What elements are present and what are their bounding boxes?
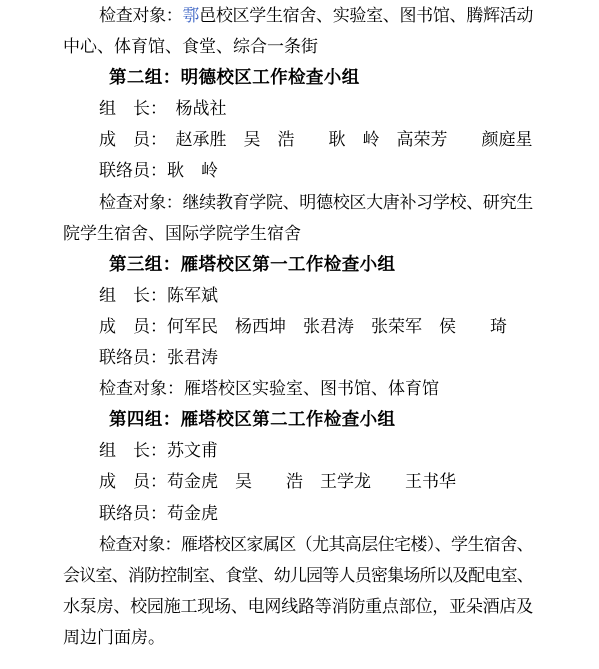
group4-targets-line1: 检查对象：雁塔校区家属区（尤其高层住宅楼）、学生宿舍、 <box>63 529 533 560</box>
inspection-targets-label: 检查对象： <box>99 6 182 25</box>
group4-leader: 组 长：苏文甫 <box>63 435 533 466</box>
document-page: 检查对象：鄠邑校区学生宿舍、实验室、图书馆、腾辉活动 中心、体育馆、食堂、综合一… <box>0 0 599 669</box>
group2-targets-line2: 院学生宿舍、国际学院学生宿舍 <box>63 218 533 249</box>
group1-targets-line2: 中心、体育馆、食堂、综合一条街 <box>63 31 533 62</box>
group4-targets-line2: 会议室、消防控制室、食堂、幼儿园等人员密集场所以及配电室、 <box>63 560 533 591</box>
group4-members: 成 员：苟金虎 吴 浩 王学龙 王书华 <box>63 466 533 497</box>
group4-heading: 第四组：雁塔校区第二工作检查小组 <box>63 404 533 435</box>
group2-leader: 组 长： 杨战社 <box>63 93 533 124</box>
group3-targets: 检查对象：雁塔校区实验室、图书馆、体育馆 <box>63 373 533 404</box>
group4-liaison: 联络员：苟金虎 <box>63 498 533 529</box>
group1-targets-text: 邑校区学生宿舍、实验室、图书馆、腾辉活动 <box>199 6 533 25</box>
group4-targets-line4: 周边门面房。 <box>63 622 533 653</box>
group2-liaison: 联络员：耿 岭 <box>63 155 533 186</box>
group2-members: 成 员： 赵承胜 吴 浩 耿 岭 高荣芳 颜庭星 <box>63 124 533 155</box>
group2-heading: 第二组：明德校区工作检查小组 <box>63 62 533 93</box>
group4-targets-line3: 水泵房、校园施工现场、电网线路等消防重点部位，亚朵酒店及 <box>63 591 533 622</box>
group3-leader: 组 长：陈军斌 <box>63 280 533 311</box>
group3-members: 成 员：何军民 杨西坤 张君涛 张荣军 侯 琦 <box>63 311 533 342</box>
document-body: 检查对象：鄠邑校区学生宿舍、实验室、图书馆、腾辉活动 中心、体育馆、食堂、综合一… <box>0 0 599 653</box>
group1-targets-line1: 检查对象：鄠邑校区学生宿舍、实验室、图书馆、腾辉活动 <box>63 0 533 31</box>
group2-targets-line1: 检查对象：继续教育学院、明德校区大唐补习学校、研究生 <box>63 187 533 218</box>
group3-heading: 第三组：雁塔校区第一工作检查小组 <box>63 249 533 280</box>
group3-liaison: 联络员：张君涛 <box>63 342 533 373</box>
special-char-hu: 鄠 <box>182 6 199 25</box>
